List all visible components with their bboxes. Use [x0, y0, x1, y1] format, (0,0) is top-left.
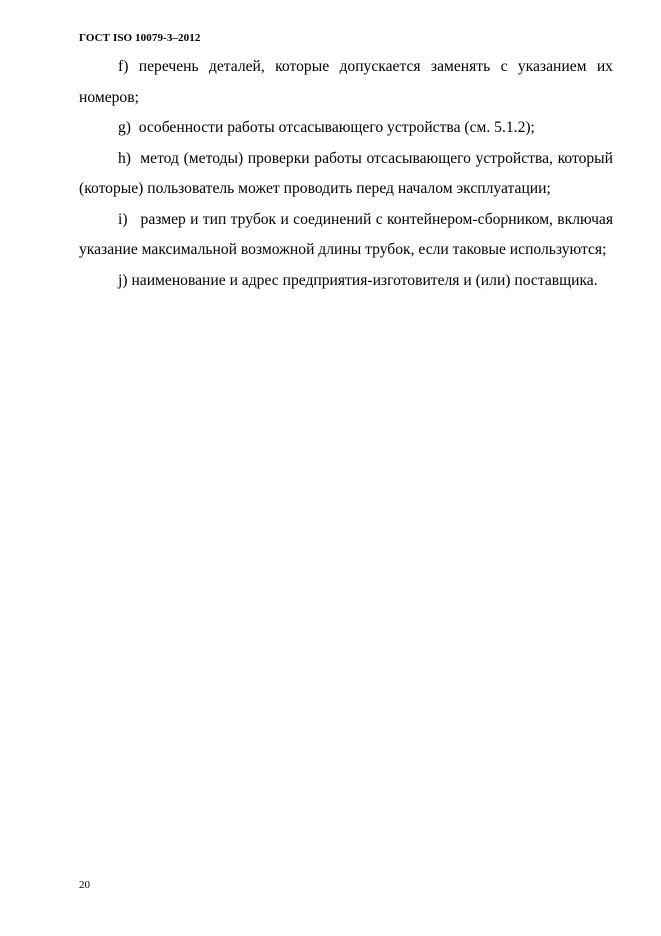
list-text: особенности работы отсасывающего устройс… — [139, 119, 535, 136]
list-marker: h) — [118, 150, 131, 167]
page-number: 20 — [79, 879, 90, 891]
standard-id: ГОСТ ISO 10079-3–2012 — [79, 32, 200, 44]
list-item-f: f) перечень деталей, которые допускается… — [79, 52, 613, 113]
document-header: ГОСТ ISO 10079-3–2012 — [79, 32, 200, 44]
list-text: перечень деталей, которые допускается за… — [79, 58, 613, 106]
list-marker: j) — [118, 272, 128, 289]
list-item-g: g) особенности работы отсасывающего устр… — [79, 113, 613, 144]
list-text: метод (методы) проверки работы отсасываю… — [79, 150, 613, 198]
list-marker: f) — [118, 58, 128, 75]
list-text: размер и тип трубок и соединений с конте… — [79, 211, 613, 259]
list-item-j: j) наименование и адрес предприятия-изго… — [79, 266, 613, 297]
list-marker: i) — [118, 211, 128, 228]
document-body: f) перечень деталей, которые допускается… — [79, 52, 613, 296]
list-marker: g) — [118, 119, 131, 136]
list-text: наименование и адрес предприятия-изготов… — [131, 272, 597, 289]
list-item-h: h) метод (методы) проверки работы отсасы… — [79, 144, 613, 205]
list-item-i: i) размер и тип трубок и соединений с ко… — [79, 205, 613, 266]
